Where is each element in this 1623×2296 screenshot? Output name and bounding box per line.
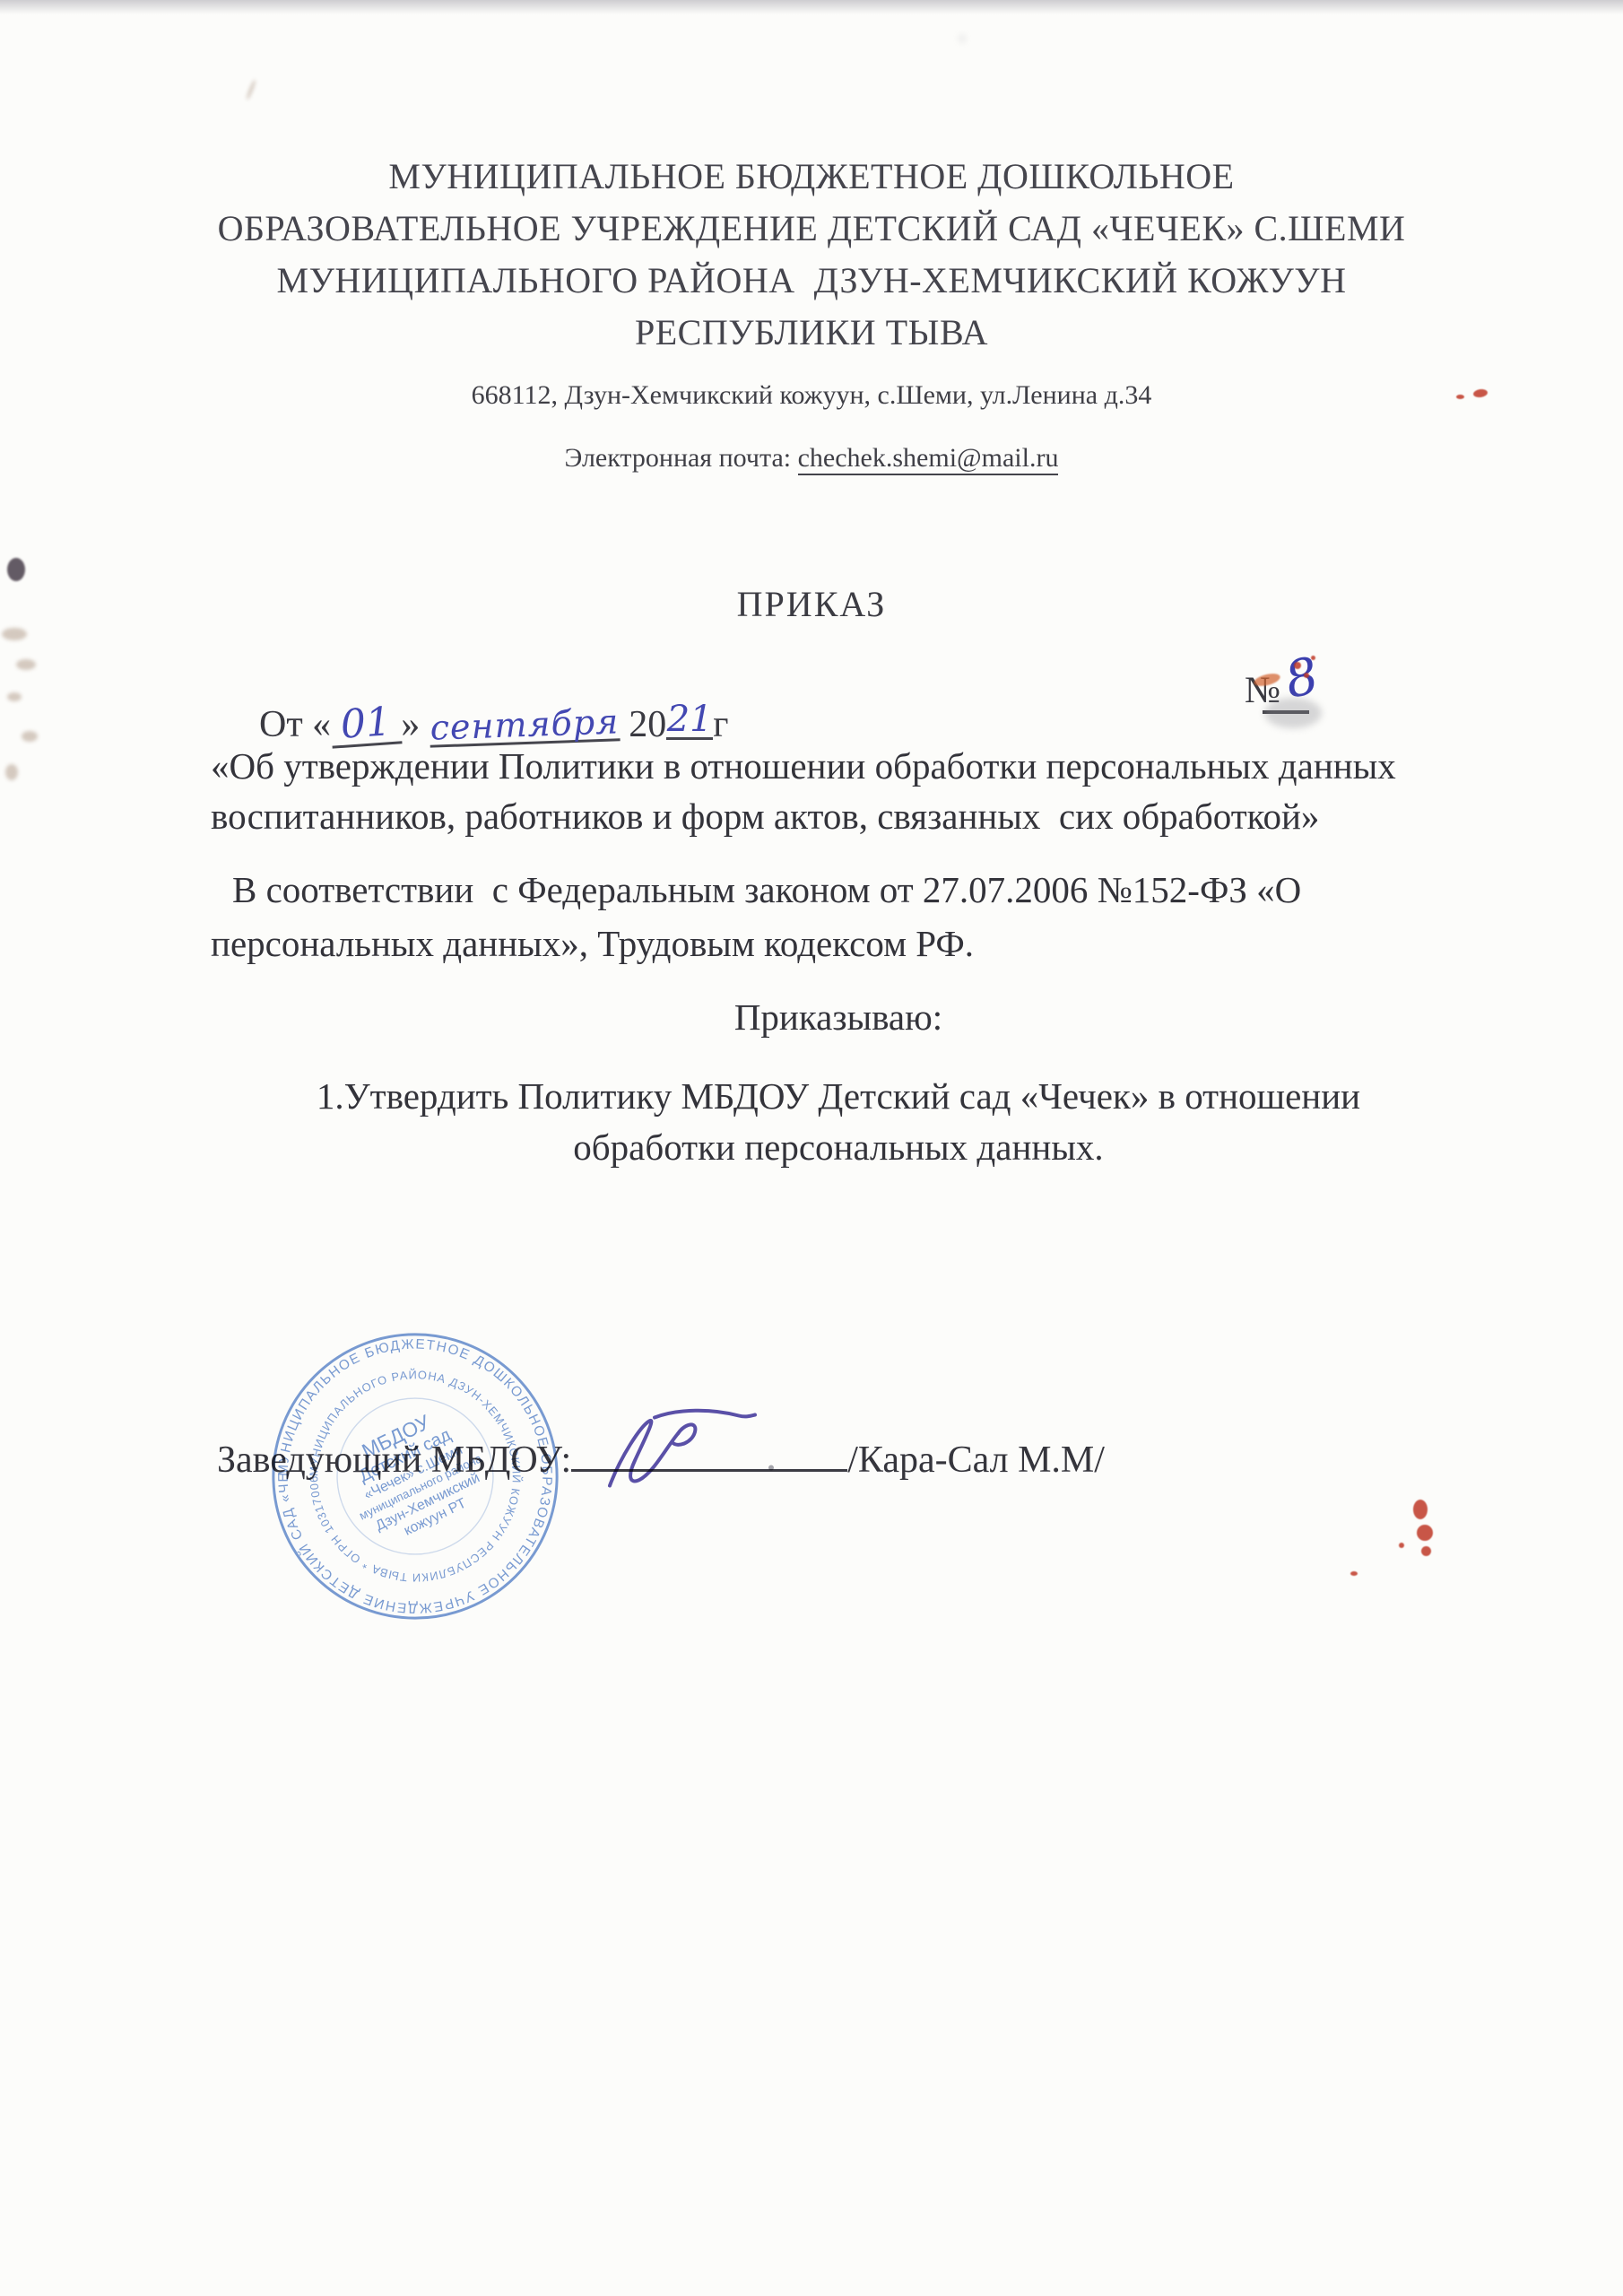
document-title: ПРИКАЗ [130,583,1493,625]
red-ink-smudge [1413,1500,1428,1519]
red-ink-fleck [1350,1571,1358,1576]
legal-basis-paragraph: В соответствии с Федеральным законом от … [211,863,1502,970]
org-name-header: МУНИЦИПАЛЬНОЕ БЮДЖЕТНОЕ ДОШКОЛЬНОЕ ОБРАЗ… [130,151,1493,359]
org-address: 668112, Дзун-Хемчикский кожуун, с.Шеми, … [130,380,1493,411]
red-ink-fleck [1311,656,1315,660]
red-ink-smudge [1417,1525,1433,1541]
ink-smudge [22,731,38,742]
handwritten-year: 21 [666,701,713,740]
red-ink-fleck [1294,662,1301,669]
red-ink-fleck [1399,1543,1404,1548]
ink-smudge [7,692,22,701]
email-label: Электронная почта: [565,443,798,473]
round-stamp: МУНИЦИПАЛЬНОЕ БЮДЖЕТНОЕ ДОШКОЛЬНОЕ ОБРАЗ… [265,1326,566,1627]
gray-smudge [1264,698,1322,728]
order-item-line: 1.Утвердить Политику МБДОУ Детский сад «… [130,1071,1547,1122]
email-link: chechek.shemi@mail.ru [798,443,1059,475]
order-subject: «Об утверждении Политики в отношении обр… [211,741,1502,841]
signature-stroke [655,1411,755,1418]
order-verb: Приказываю: [130,996,1547,1039]
scan-fleck [246,79,257,100]
date-prefix: От « [259,704,331,745]
org-email-row: Электронная почта: chechek.shemi@mail.ru [130,443,1493,474]
handwritten-signature [585,1405,791,1494]
order-item-1: 1.Утвердить Политику МБДОУ Детский сад «… [130,1071,1547,1173]
scanner-edge-artifact [0,0,1623,14]
signature-name: /Кара-Сал М.М/ [847,1439,1105,1481]
year-suffix: г [713,704,728,745]
order-item-line: обработки персональных данных. [130,1122,1547,1173]
stamp-center-text: МБДОУ Детский сад «Чечек» с.Шеми муницип… [330,1396,499,1554]
red-ink-smudge [1421,1546,1431,1556]
scanned-order-document: МУНИЦИПАЛЬНОЕ БЮДЖЕТНОЕ ДОШКОЛЬНОЕ ОБРАЗ… [0,0,1623,2296]
date-close-quote: » [401,704,430,745]
legal-basis-line: персональных данных», Трудовым кодексом … [211,917,1502,970]
red-ink-fleck [1304,673,1309,678]
legal-basis-line: В соответствии с Федеральным законом от … [211,863,1502,917]
ink-smudge [16,659,36,670]
org-name-line: МУНИЦИПАЛЬНОГО РАЙОНА ДЗУН-ХЕМЧИКСКИЙ КО… [130,255,1493,307]
org-name-line: РЕСПУБЛИКИ ТЫВА [130,307,1493,359]
scan-fleck [959,36,965,41]
ink-smudge [7,558,25,581]
org-name-line: МУНИЦИПАЛЬНОЕ БЮДЖЕТНОЕ ДОШКОЛЬНОЕ [130,151,1493,203]
ink-dot [768,1465,774,1471]
subject-line: воспитанников, работников и форм актов, … [211,791,1502,841]
red-ink-fleck [1456,395,1464,399]
year-printed: 20 [620,704,667,745]
subject-line: «Об утверждении Политики в отношении обр… [211,741,1502,791]
ink-smudge [5,764,18,780]
signature-stroke [610,1421,678,1486]
org-name-line: ОБРАЗОВАТЕЛЬНОЕ УЧРЕЖДЕНИЕ ДЕТСКИЙ САД «… [130,203,1493,255]
ink-smudge [2,628,27,640]
